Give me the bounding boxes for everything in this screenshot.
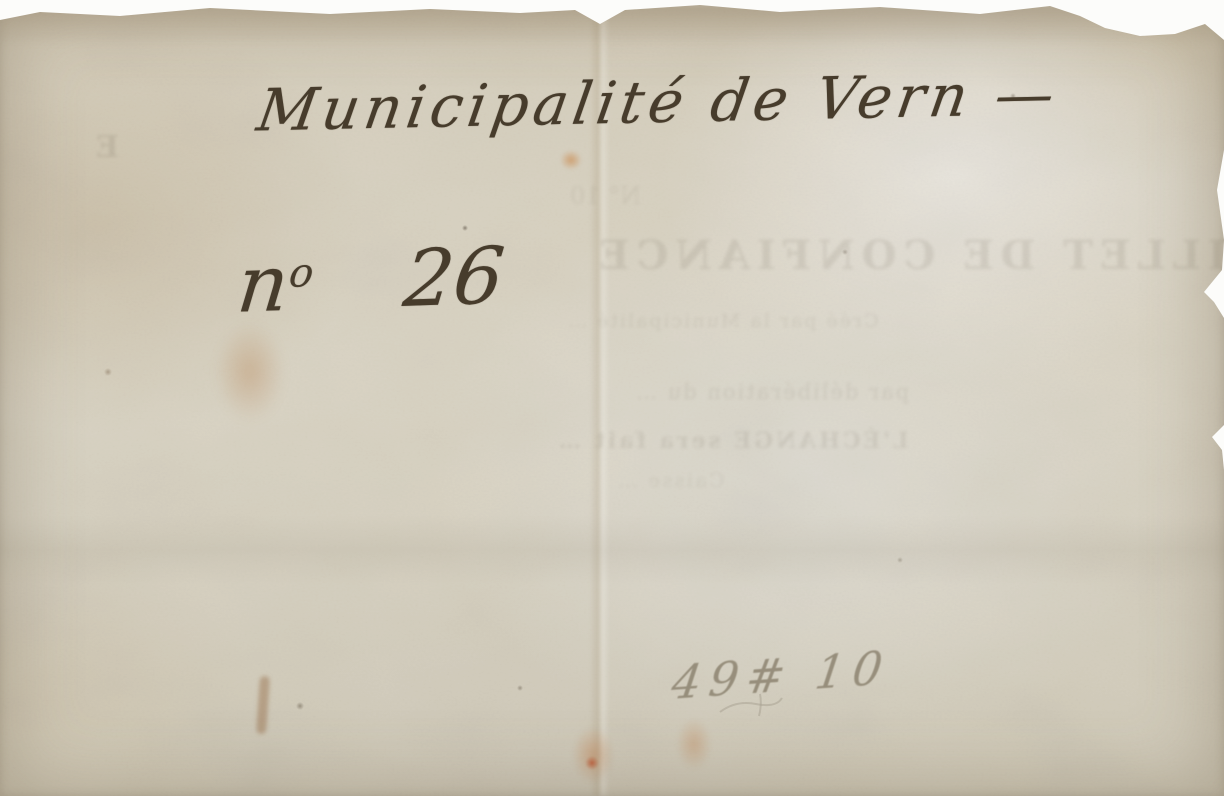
rust-stain-left: [215, 322, 285, 422]
serial-prefix: n: [233, 239, 293, 331]
rust-stain-bottom-center: [572, 726, 614, 784]
scanned-document-photo: N° 10 BILLET DE CONFIANCE Créé par la Mu…: [0, 0, 1224, 796]
serial-gap: [310, 306, 402, 309]
ghost-print-deliberation-line: par délibération du …: [634, 380, 909, 404]
red-spot-bottom: [585, 756, 599, 770]
lower-tonal-band: [0, 515, 1224, 585]
ghost-margin-letter: E: [96, 130, 119, 165]
top-crease-shade: [0, 6, 1224, 46]
ghost-print-exchange-line: L'ÉCHANGE sera fait …: [556, 428, 908, 454]
ghost-print-caisse-line: Caisse …: [616, 468, 724, 492]
serial-superscript: o: [287, 250, 316, 297]
rust-dot-under-title: [560, 150, 582, 170]
handwritten-amount-note: 49# 10: [668, 640, 893, 710]
ghost-print-issuer-line: Créé par la Municipalité …: [566, 310, 879, 332]
handwritten-municipality-line: Municipalité de Vern —: [253, 59, 1064, 144]
serial-value: 26: [400, 231, 509, 325]
ghost-print-number: N° 10: [570, 182, 641, 210]
handwritten-serial-number: no26: [233, 231, 508, 331]
aged-paper-sheet: N° 10 BILLET DE CONFIANCE Créé par la Mu…: [0, 0, 1224, 796]
ghost-print-title: BILLET DE CONFIANCE: [592, 232, 1224, 279]
rust-stain-bottom-right: [676, 718, 712, 770]
brown-streak-bottom-left: [256, 676, 270, 735]
